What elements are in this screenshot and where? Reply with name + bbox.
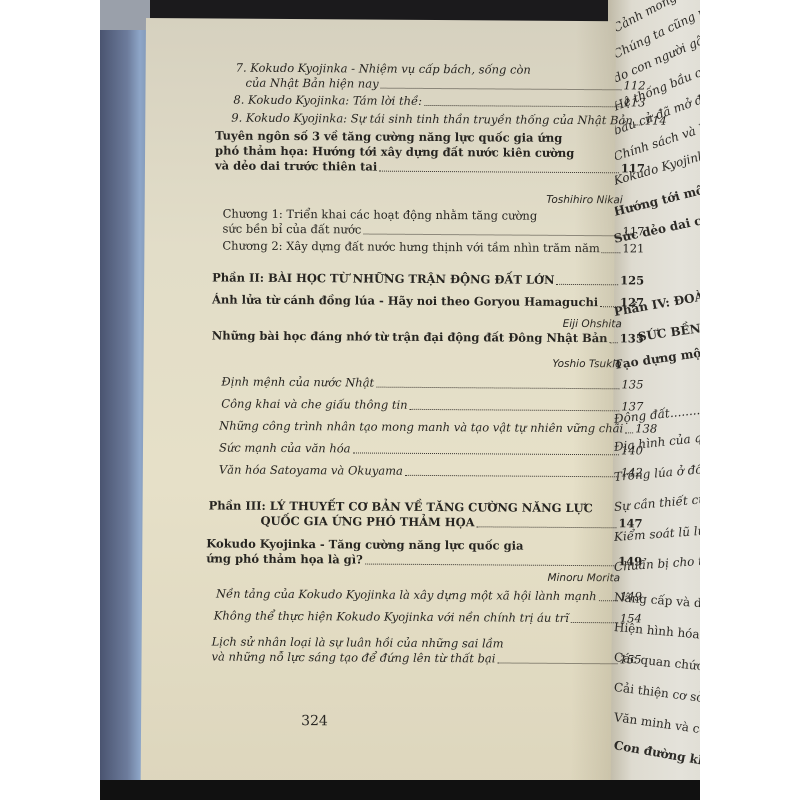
toc-page-number: 121 — [622, 241, 644, 256]
toc-entry-title: Định mệnh của nước Nhật — [221, 375, 374, 391]
toc-entry-title: 9. Kokudo Kyojinka: Sự tái sinh tinh thầ… — [231, 111, 633, 129]
toc-page-number: 135 — [620, 331, 644, 346]
dot-leader — [405, 475, 619, 477]
toc-page-number: 113 — [623, 95, 645, 110]
table-of-contents: 7. Kokudo Kyojinka - Nhiệm vụ cấp bách, … — [206, 60, 646, 63]
dot-leader — [376, 387, 619, 390]
book-photo: Cảnh mong manhChúng ta cũng phải chdo co… — [100, 0, 700, 800]
toc-entry: Phần III: LÝ THUYẾT CƠ BẢN VỀ TĂNG CƯỜNG… — [202, 498, 642, 531]
dot-leader — [599, 600, 618, 601]
toc-entry-title: ứng phó thảm họa là gì? — [206, 551, 363, 567]
toc-entry-title: Sức mạnh của văn hóa — [219, 441, 351, 457]
toc-page-number: 117 — [621, 161, 645, 176]
page-number: 324 — [301, 713, 328, 729]
toc-entry: 7. Kokudo Kyojinka - Nhiệm vụ cấp bách, … — [205, 60, 645, 93]
toc-entry: Nền tảng của Kokudo Kyojinka là xây dựng… — [202, 586, 642, 604]
right-page-line: Cải thiện cơ sở h — [613, 680, 700, 706]
toc-entry: Kokudo Kyojinka - Tăng cường năng lực qu… — [202, 536, 642, 569]
dot-leader — [410, 409, 620, 411]
toc-entry-title: Những công trình nhân tạo mong manh và t… — [219, 419, 623, 437]
right-page-line: Con đường khôi — [613, 738, 700, 770]
dot-leader — [610, 342, 618, 343]
dot-leader — [600, 306, 618, 307]
toc-page-number: 137 — [621, 399, 643, 414]
toc-entry: Những công trình nhân tạo mong manh và t… — [203, 418, 643, 436]
toc-entry-title: và dẻo dai trước thiên tai — [215, 158, 377, 174]
toc-page-number: 117 — [623, 224, 645, 239]
toc-page-number: 138 — [635, 421, 657, 436]
toc-page-number: 149 — [620, 589, 642, 604]
dot-leader — [602, 252, 621, 253]
dot-leader — [424, 105, 622, 107]
toc-page-number: 142 — [621, 465, 643, 480]
toc-page-number: 114 — [645, 113, 667, 128]
toc-entry-title: sức bền bỉ của đất nước — [222, 222, 361, 238]
dot-leader — [625, 432, 633, 433]
dot-leader — [477, 526, 617, 528]
toc-page-number: 127 — [620, 295, 644, 310]
toc-entry-title: Chương 2: Xây dựng đất nước hưng thịnh v… — [222, 239, 599, 257]
toc-entry: Phần II: BÀI HỌC TỪ NHỮNG TRẬN ĐỘNG ĐẤT … — [204, 270, 644, 288]
toc-entry: Sức mạnh của văn hóa140 — [203, 440, 643, 458]
toc-page-number: 140 — [621, 443, 643, 458]
toc-entry: Ánh lửa từ cánh đồng lúa - Hãy noi theo … — [204, 292, 644, 310]
dot-leader — [353, 452, 619, 455]
author-name: Minoru Morita — [202, 568, 642, 586]
dot-leader — [379, 171, 619, 174]
toc-entry: Chương 2: Xây dựng đất nước hưng thịnh v… — [204, 238, 644, 256]
toc-entry-title: Ánh lửa từ cánh đồng lúa - Hãy noi theo … — [212, 292, 598, 310]
toc-entry-title: và những nỗ lực sáng tạo để đứng lên từ … — [211, 649, 495, 666]
toc-entry: Lịch sử nhân loại là sự luân hồi của nhữ… — [201, 634, 641, 667]
toc-entry: Công khai và che giấu thông tin137 — [203, 396, 643, 414]
dot-leader — [635, 124, 643, 125]
dot-leader — [571, 622, 618, 623]
toc-entry-title: của Nhật Bản hiện nay — [245, 76, 378, 92]
background-object — [100, 0, 150, 30]
toc-entry-title: Không thể thực hiện Kokudo Kyojinka với … — [214, 608, 569, 625]
dot-leader — [363, 234, 620, 237]
toc-entry-title: Văn hóa Satoyama và Okuyama — [219, 463, 403, 479]
toc-entry-title: QUỐC GIA ỨNG PHÓ THẢM HỌA — [260, 514, 474, 530]
toc-entry: Những bài học đáng nhớ từ trận đại động … — [204, 328, 644, 346]
toc-entry: 8. Kokudo Kyojinka: Tám lời thề:113 — [205, 92, 645, 110]
toc-page-number: 125 — [620, 273, 644, 288]
toc-entry: Văn hóa Satoyama và Okuyama142 — [203, 462, 643, 480]
toc-entry: Tuyên ngôn số 3 về tăng cường năng lực q… — [205, 128, 645, 176]
right-page-line: SỨC BỀN — [637, 321, 700, 344]
toc-page-number: 112 — [624, 78, 646, 93]
toc-page-number: 154 — [620, 611, 642, 626]
dot-leader — [556, 284, 618, 285]
toc-page-number: 147 — [618, 516, 642, 531]
dot-leader — [497, 662, 617, 664]
toc-entry: Định mệnh của nước Nhật135 — [203, 374, 643, 392]
toc-entry-title: Nền tảng của Kokudo Kyojinka là xây dựng… — [216, 587, 597, 605]
right-page-line: Văn minh và cơ — [613, 710, 700, 737]
toc-entry-title: Những bài học đáng nhớ từ trận đại động … — [212, 328, 608, 346]
author-name: Yoshio Tsukio — [204, 354, 644, 372]
author-name: Toshihiro Nikai — [205, 190, 645, 208]
dot-leader — [381, 88, 622, 91]
toc-page-number: 155 — [620, 652, 642, 667]
toc-page-number: 135 — [621, 377, 643, 392]
toc-entry: Chương 1: Triển khai các hoạt động nhằm … — [204, 206, 644, 239]
toc-entry: 9. Kokudo Kyojinka: Sự tái sinh tinh thầ… — [205, 110, 645, 128]
dot-leader — [365, 564, 616, 567]
toc-page-number: 149 — [618, 554, 642, 569]
toc-entry-title: Phần II: BÀI HỌC TỪ NHỮNG TRẬN ĐỘNG ĐẤT … — [212, 270, 554, 287]
left-page: 7. Kokudo Kyojinka - Nhiệm vụ cấp bách, … — [141, 18, 616, 791]
table-surface — [100, 780, 700, 800]
toc-entry-title: 8. Kokudo Kyojinka: Tám lời thề: — [233, 93, 422, 109]
toc-entry: Không thể thực hiện Kokudo Kyojinka với … — [202, 608, 642, 626]
toc-entry-title: Công khai và che giấu thông tin — [221, 397, 407, 413]
